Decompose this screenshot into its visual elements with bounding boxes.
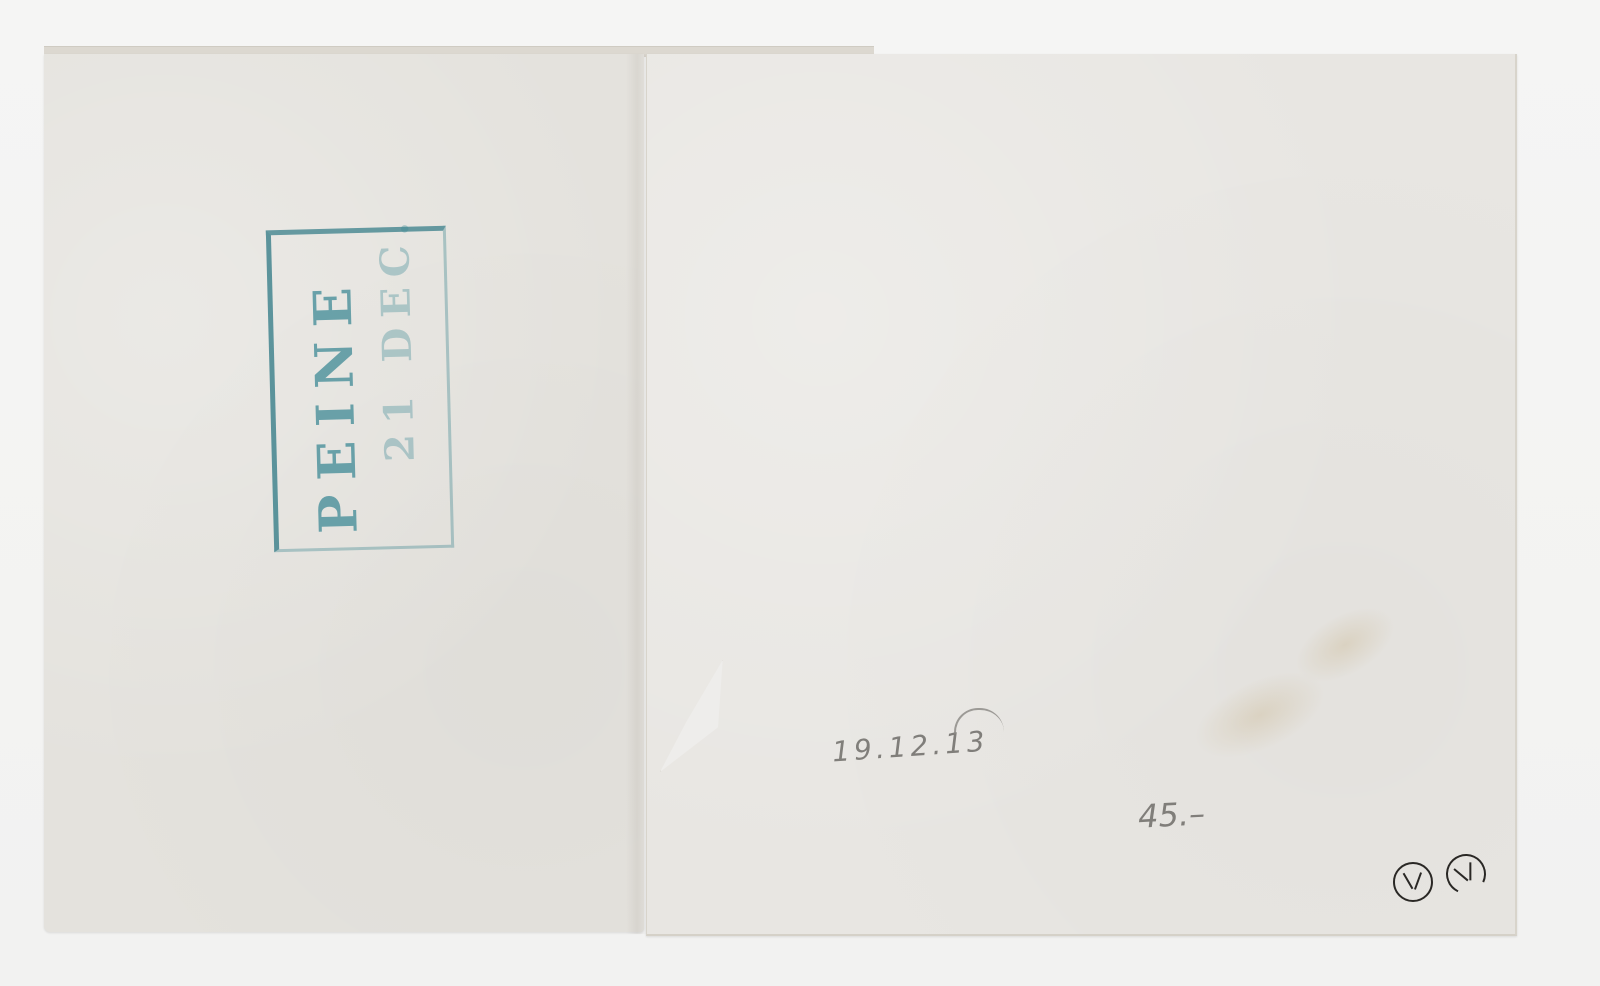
boxed-postmark: PEINE 21 DEC. [266, 226, 454, 553]
fold-crease [626, 54, 648, 934]
photo-scene: PEINE 21 DEC. 19.12.13 45.– [0, 0, 1600, 986]
pencil-price-annotation: 45.– [1137, 794, 1206, 835]
expert-signature-mark-icon [1393, 862, 1433, 902]
postmark-town: PEINE [302, 273, 370, 535]
postmark-date: 21 DEC. [370, 212, 424, 463]
right-letter-panel [646, 54, 1517, 936]
